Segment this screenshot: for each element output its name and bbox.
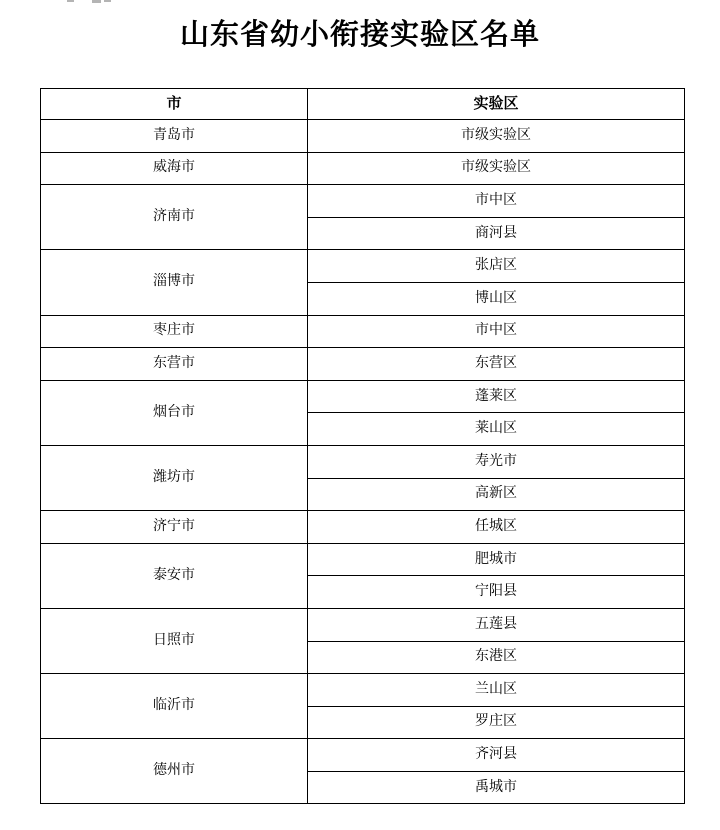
table-row: 淄博市张店区 xyxy=(41,250,685,283)
zone-cell: 商河县 xyxy=(308,217,685,250)
zone-cell: 任城区 xyxy=(308,511,685,544)
table-row: 德州市齐河县 xyxy=(41,739,685,772)
zone-cell: 寿光市 xyxy=(308,445,685,478)
table-row: 泰安市肥城市 xyxy=(41,543,685,576)
city-cell: 济宁市 xyxy=(41,511,308,544)
table-row: 青岛市市级实验区 xyxy=(41,120,685,153)
zone-cell: 罗庄区 xyxy=(308,706,685,739)
cutoff-text-fragment xyxy=(67,0,74,2)
table-row: 日照市五莲县 xyxy=(41,608,685,641)
table-row: 枣庄市市中区 xyxy=(41,315,685,348)
cutoff-text-fragment xyxy=(92,0,101,3)
zone-cell: 市中区 xyxy=(308,185,685,218)
city-cell: 济南市 xyxy=(41,185,308,250)
table-row: 济南市市中区 xyxy=(41,185,685,218)
table-row: 临沂市兰山区 xyxy=(41,674,685,707)
table-body: 青岛市市级实验区威海市市级实验区济南市市中区商河县淄博市张店区博山区枣庄市市中区… xyxy=(41,120,685,804)
table-row: 济宁市任城区 xyxy=(41,511,685,544)
zone-cell: 张店区 xyxy=(308,250,685,283)
zone-column-header: 实验区 xyxy=(308,89,685,120)
zone-cell: 东营区 xyxy=(308,348,685,381)
city-cell: 东营市 xyxy=(41,348,308,381)
document-page: 山东省幼小衔接实验区名单 市 实验区 青岛市市级实验区威海市市级实验区济南市市中… xyxy=(0,0,720,830)
experimental-zones-table: 市 实验区 青岛市市级实验区威海市市级实验区济南市市中区商河县淄博市张店区博山区… xyxy=(40,88,685,804)
zone-cell: 莱山区 xyxy=(308,413,685,446)
zone-cell: 肥城市 xyxy=(308,543,685,576)
zone-cell: 禹城市 xyxy=(308,771,685,804)
city-cell: 青岛市 xyxy=(41,120,308,153)
zone-cell: 高新区 xyxy=(308,478,685,511)
zone-cell: 蓬莱区 xyxy=(308,380,685,413)
city-cell: 德州市 xyxy=(41,739,308,804)
city-cell: 威海市 xyxy=(41,152,308,185)
zone-cell: 齐河县 xyxy=(308,739,685,772)
cutoff-text-fragment xyxy=(104,0,111,2)
page-title: 山东省幼小衔接实验区名单 xyxy=(0,12,720,53)
zone-cell: 博山区 xyxy=(308,282,685,315)
zone-cell: 宁阳县 xyxy=(308,576,685,609)
table-row: 威海市市级实验区 xyxy=(41,152,685,185)
city-cell: 淄博市 xyxy=(41,250,308,315)
zone-cell: 市级实验区 xyxy=(308,120,685,153)
table-row: 东营市东营区 xyxy=(41,348,685,381)
city-cell: 日照市 xyxy=(41,608,308,673)
city-cell: 枣庄市 xyxy=(41,315,308,348)
zone-cell: 五莲县 xyxy=(308,608,685,641)
zone-cell: 兰山区 xyxy=(308,674,685,707)
zone-cell: 市中区 xyxy=(308,315,685,348)
table-row: 烟台市蓬莱区 xyxy=(41,380,685,413)
city-cell: 泰安市 xyxy=(41,543,308,608)
table-row: 潍坊市寿光市 xyxy=(41,445,685,478)
city-cell: 临沂市 xyxy=(41,674,308,739)
city-cell: 烟台市 xyxy=(41,380,308,445)
header-row: 市 实验区 xyxy=(41,89,685,120)
city-cell: 潍坊市 xyxy=(41,445,308,510)
zone-cell: 东港区 xyxy=(308,641,685,674)
city-column-header: 市 xyxy=(41,89,308,120)
zone-cell: 市级实验区 xyxy=(308,152,685,185)
